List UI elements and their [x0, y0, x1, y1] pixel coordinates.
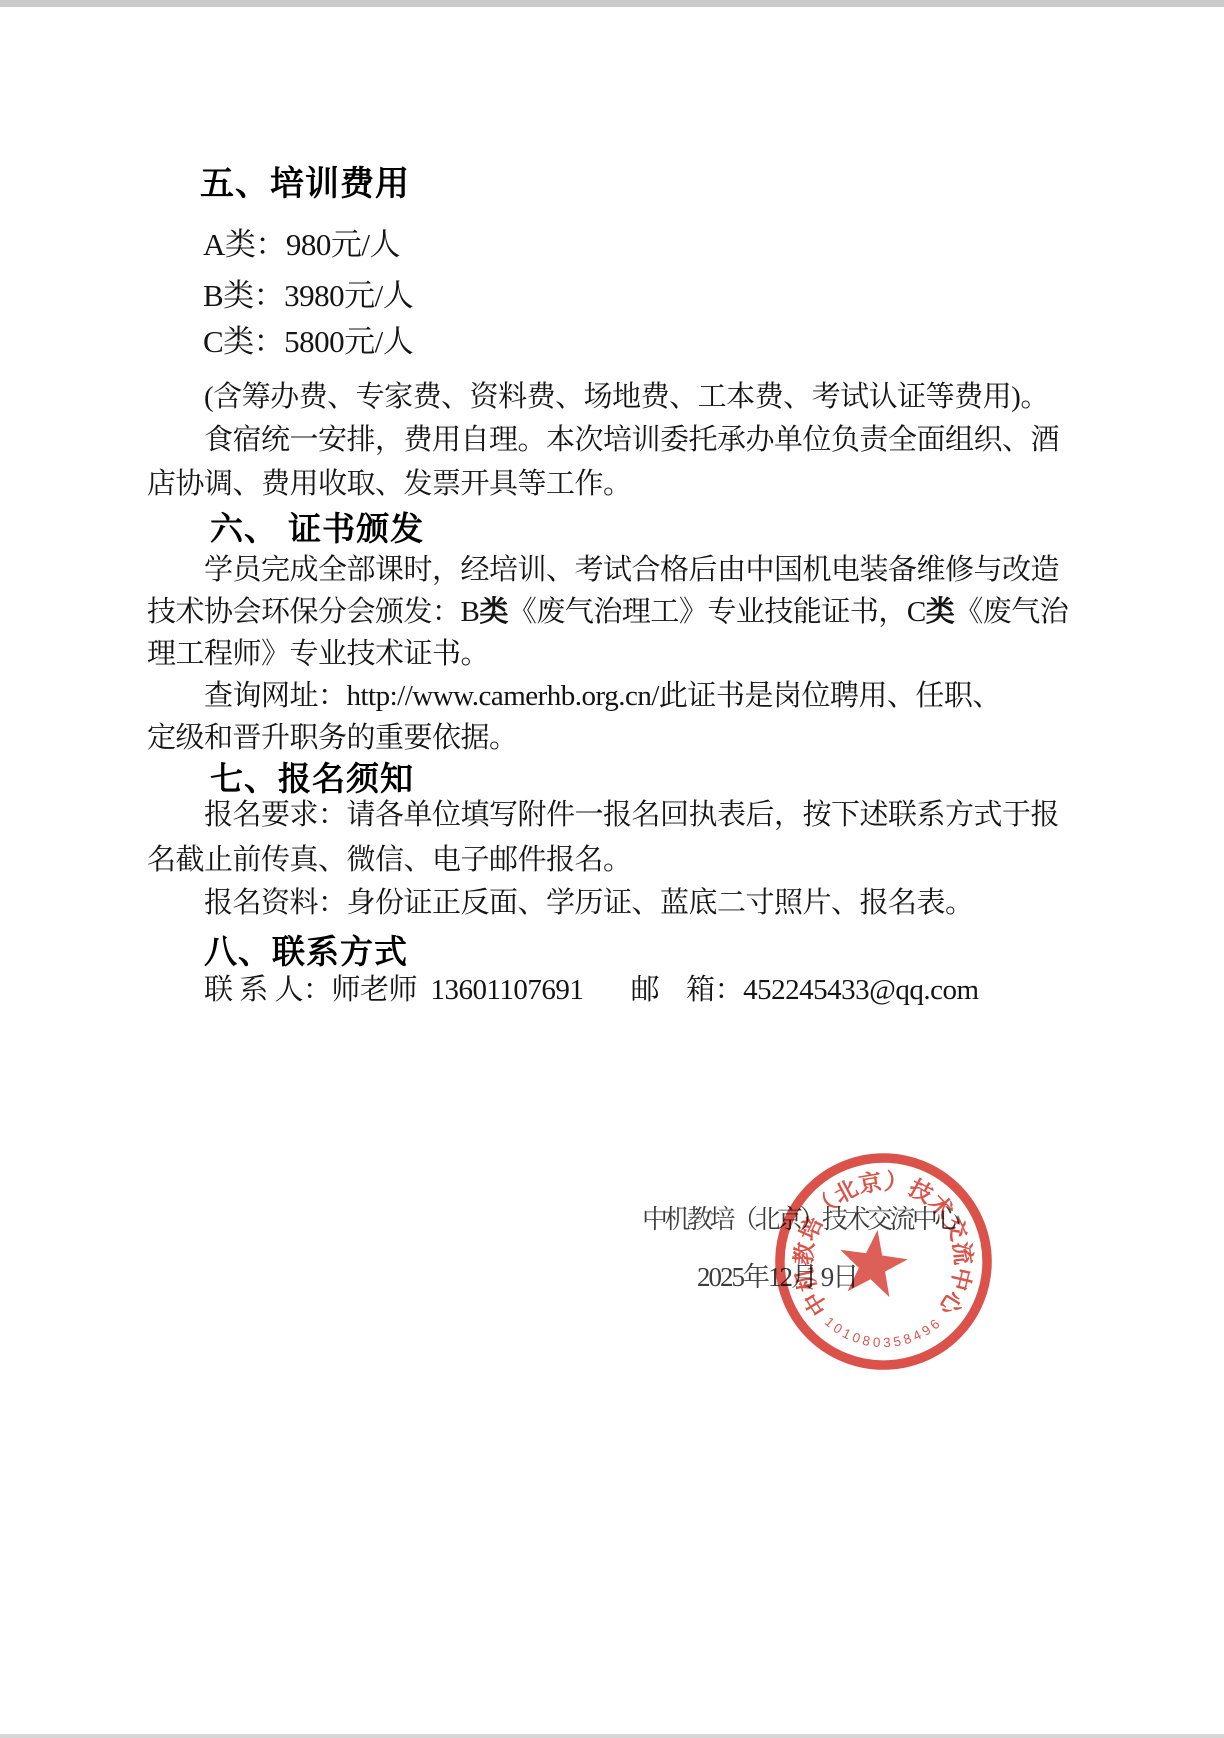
- body-line: 报名要求：请各单位填写附件一报名回执表后，按下述联系方式于报: [204, 797, 1059, 833]
- fee-line-c: C类：5800元/人: [203, 323, 413, 362]
- body-line-url: 查询网址：http://www.camerhb.org.cn/此证书是岗位聘用、…: [204, 678, 1001, 714]
- seal-star-icon: [835, 1225, 911, 1299]
- svg-text:中机教培（北京）技术交流中心: 中机教培（北京）技术交流中心: [791, 1168, 977, 1320]
- scan-edge-bottom: [0, 1734, 1224, 1738]
- body-line-rich: 技术协会环保分会颁发：B类《废气治理工》专业技能证书，C类《废气治: [147, 594, 1068, 630]
- document-page: 五、培训费用 A类：980元/人 B类：3980元/人 C类：5800元/人 (…: [0, 0, 1224, 1738]
- body-line: 定级和晋升职务的重要依据。: [147, 720, 518, 756]
- scan-edge-top: [0, 0, 1224, 7]
- body-line: 报名资料：身份证正反面、学历证、蓝底二寸照片、报名表。: [204, 885, 974, 921]
- body-line: 理工程师》专业技术证书。: [147, 636, 489, 672]
- body-line: 学员完成全部课时，经培训、考试合格后由中国机电装备维修与改造: [204, 552, 1059, 588]
- seal-ring-text: 中机教培（北京）技术交流中心: [791, 1168, 977, 1320]
- section-heading-contact: 八、联系方式: [204, 931, 408, 972]
- seal-serial-number: 101080358496: [822, 1314, 945, 1350]
- fee-note-line: (含筹办费、专家费、资料费、场地费、工本费、考试认证等费用)。: [204, 379, 1049, 415]
- fee-line-b: B类：3980元/人: [203, 277, 413, 316]
- section-heading-training-fees: 五、培训费用: [200, 163, 410, 206]
- section-heading-registration: 七、报名须知: [210, 758, 414, 799]
- body-line: 名截止前传真、微信、电子邮件报名。: [147, 842, 632, 878]
- fee-line-a: A类：980元/人: [203, 226, 400, 265]
- svg-text:101080358496: 101080358496: [822, 1314, 945, 1350]
- body-line: 食宿统一安排，费用自理。本次培训委托承办单位负责全面组织、酒: [204, 422, 1059, 458]
- official-seal: 中机教培（北京）技术交流中心 101080358496: [766, 1149, 999, 1380]
- section-heading-certificate: 六、 证书颁发: [210, 508, 424, 549]
- contact-info-line: 联 系 人：师老师 13601107691 邮 箱：452245433@qq.c…: [204, 972, 979, 1008]
- body-line: 店协调、费用收取、发票开具等工作。: [147, 466, 632, 502]
